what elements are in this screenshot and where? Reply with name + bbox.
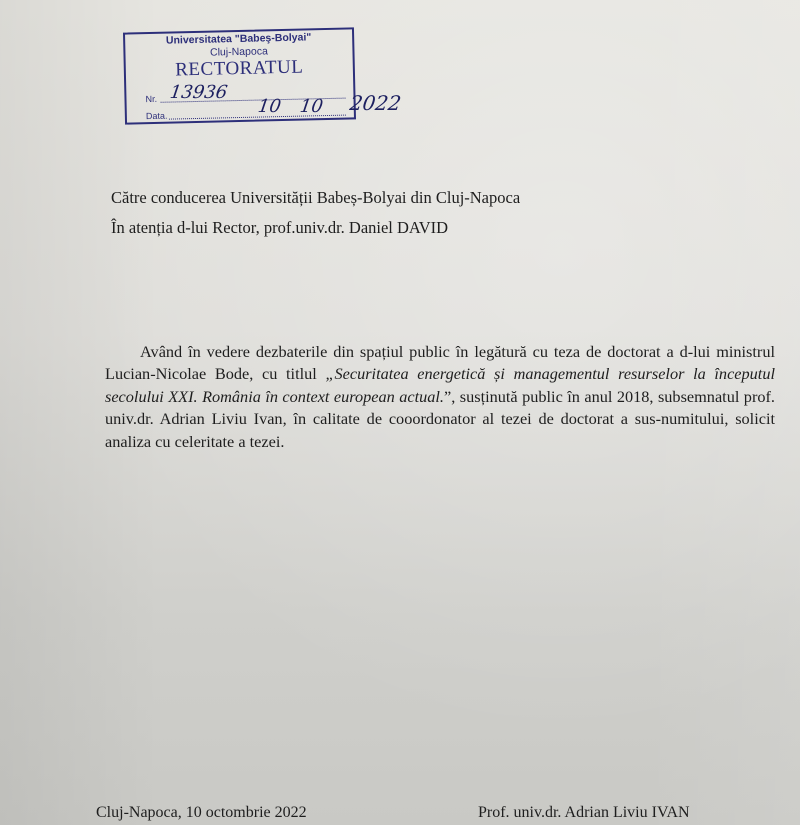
stamp-data-label: Data. — [146, 111, 168, 121]
signatory-name: Prof. univ.dr. Adrian Liviu IVAN — [478, 804, 690, 822]
handwritten-month: 10 — [299, 96, 325, 117]
stamp-office: RECTORATUL — [126, 55, 353, 82]
handwritten-year: 2022 — [348, 91, 402, 115]
place-and-date: Cluj-Napoca, 10 octombrie 2022 — [96, 804, 307, 822]
handwritten-registration-number: 13936 — [169, 82, 229, 103]
stamp-nr-label: Nr. — [145, 94, 157, 104]
letter-body: Având în vedere dezbaterile din spațiul … — [105, 341, 775, 453]
handwritten-day: 10 — [257, 96, 283, 117]
addressee-line-1: Către conducerea Universității Babeș-Bol… — [111, 188, 520, 208]
addressee-line-2: În atenția d-lui Rector, prof.univ.dr. D… — [111, 218, 448, 238]
